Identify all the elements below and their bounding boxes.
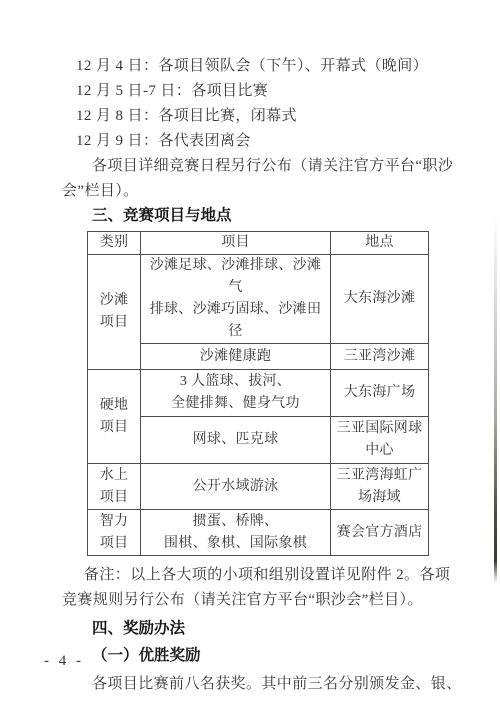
items-cell: 掼蛋、桥牌、 围棋、象棋、国际象棋 [141, 510, 331, 556]
section4-subheading: （一）优胜奖励 [62, 644, 454, 668]
table-row: 水上 项目 公开水域游泳 三亚湾海虹广 场海域 [88, 464, 429, 510]
schedule-line-dec9: 12 月 9 日：各代表团离会 [62, 129, 454, 154]
document-content: 12 月 4 日：各项目领队会（下午）、开幕式（晚间） 12 月 5 日-7 日… [62, 54, 454, 697]
category-cell-mind: 智力 项目 [88, 510, 141, 556]
scan-edge-shadow [494, 215, 497, 583]
schedule-line-dec4: 12 月 4 日：各项目领队会（下午）、开幕式（晚间） [62, 54, 454, 79]
location-cell: 大东海广场 [331, 370, 429, 417]
location-cell: 赛会官方酒店 [331, 510, 429, 556]
location-cell: 三亚湾沙滩 [331, 344, 429, 370]
items-cell: 公开水域游泳 [141, 464, 331, 510]
location-cell: 三亚湾海虹广 场海域 [331, 464, 429, 510]
items-cell: 3 人篮球、拔河、 全健排舞、健身气功 [141, 370, 331, 417]
location-cell: 三亚国际网球 中心 [331, 417, 429, 464]
section4-heading: 四、奖励办法 [62, 617, 454, 641]
page-number: - 4 - [44, 653, 84, 670]
category-cell-water: 水上 项目 [88, 464, 141, 510]
location-cell: 大东海沙滩 [331, 255, 429, 344]
table-row: 智力 项目 掼蛋、桥牌、 围棋、象棋、国际象棋 赛会官方酒店 [88, 510, 429, 556]
document-page: 12 月 4 日：各项目领队会（下午）、开幕式（晚间） 12 月 5 日-7 日… [0, 0, 500, 706]
remark-line2: 竞赛规则另行公布（请关注官方平台“职沙会”栏目）。 [62, 588, 454, 613]
items-cell: 沙滩足球、沙滩排球、沙滩气 排球、沙滩巧固球、沙滩田径 [141, 255, 331, 344]
table-header-row: 类别 项目 地点 [88, 232, 429, 255]
header-cell-items: 项目 [141, 232, 331, 255]
schedule-note-line2: 会”栏目）。 [62, 179, 454, 204]
table-remark: 备注：以上各大项的小项和组别设置详见附件 2。各项 竞赛规则另行公布（请关注官方… [62, 563, 454, 613]
remark-line1: 备注：以上各大项的小项和组别设置详见附件 2。各项 [62, 563, 454, 588]
awards-body-line: 各项目比赛前八名获奖。其中前三名分别颁发金、银、 [62, 671, 454, 697]
items-cell: 网球、匹克球 [141, 417, 331, 464]
schedule-note-line1: 各项目详细竞赛日程另行公布（请关注官方平台“职沙 [62, 154, 454, 179]
section3-heading: 三、竞赛项目与地点 [62, 204, 454, 228]
category-cell-beach: 沙滩 项目 [88, 255, 141, 370]
schedule-line-dec5-7: 12 月 5 日-7 日：各项目比赛 [62, 79, 454, 104]
category-cell-hardcourt: 硬地 项目 [88, 370, 141, 464]
header-cell-location: 地点 [331, 232, 429, 255]
header-cell-category: 类别 [88, 232, 141, 255]
schedule-line-dec8: 12 月 8 日：各项目比赛，闭幕式 [62, 104, 454, 129]
venues-table: 类别 项目 地点 沙滩 项目 沙滩足球、沙滩排球、沙滩气 排球、沙滩巧固球、沙滩… [87, 231, 429, 556]
items-cell: 沙滩健康跑 [141, 344, 331, 370]
table-row: 沙滩 项目 沙滩足球、沙滩排球、沙滩气 排球、沙滩巧固球、沙滩田径 大东海沙滩 [88, 255, 429, 344]
table-row: 硬地 项目 3 人篮球、拔河、 全健排舞、健身气功 大东海广场 [88, 370, 429, 417]
